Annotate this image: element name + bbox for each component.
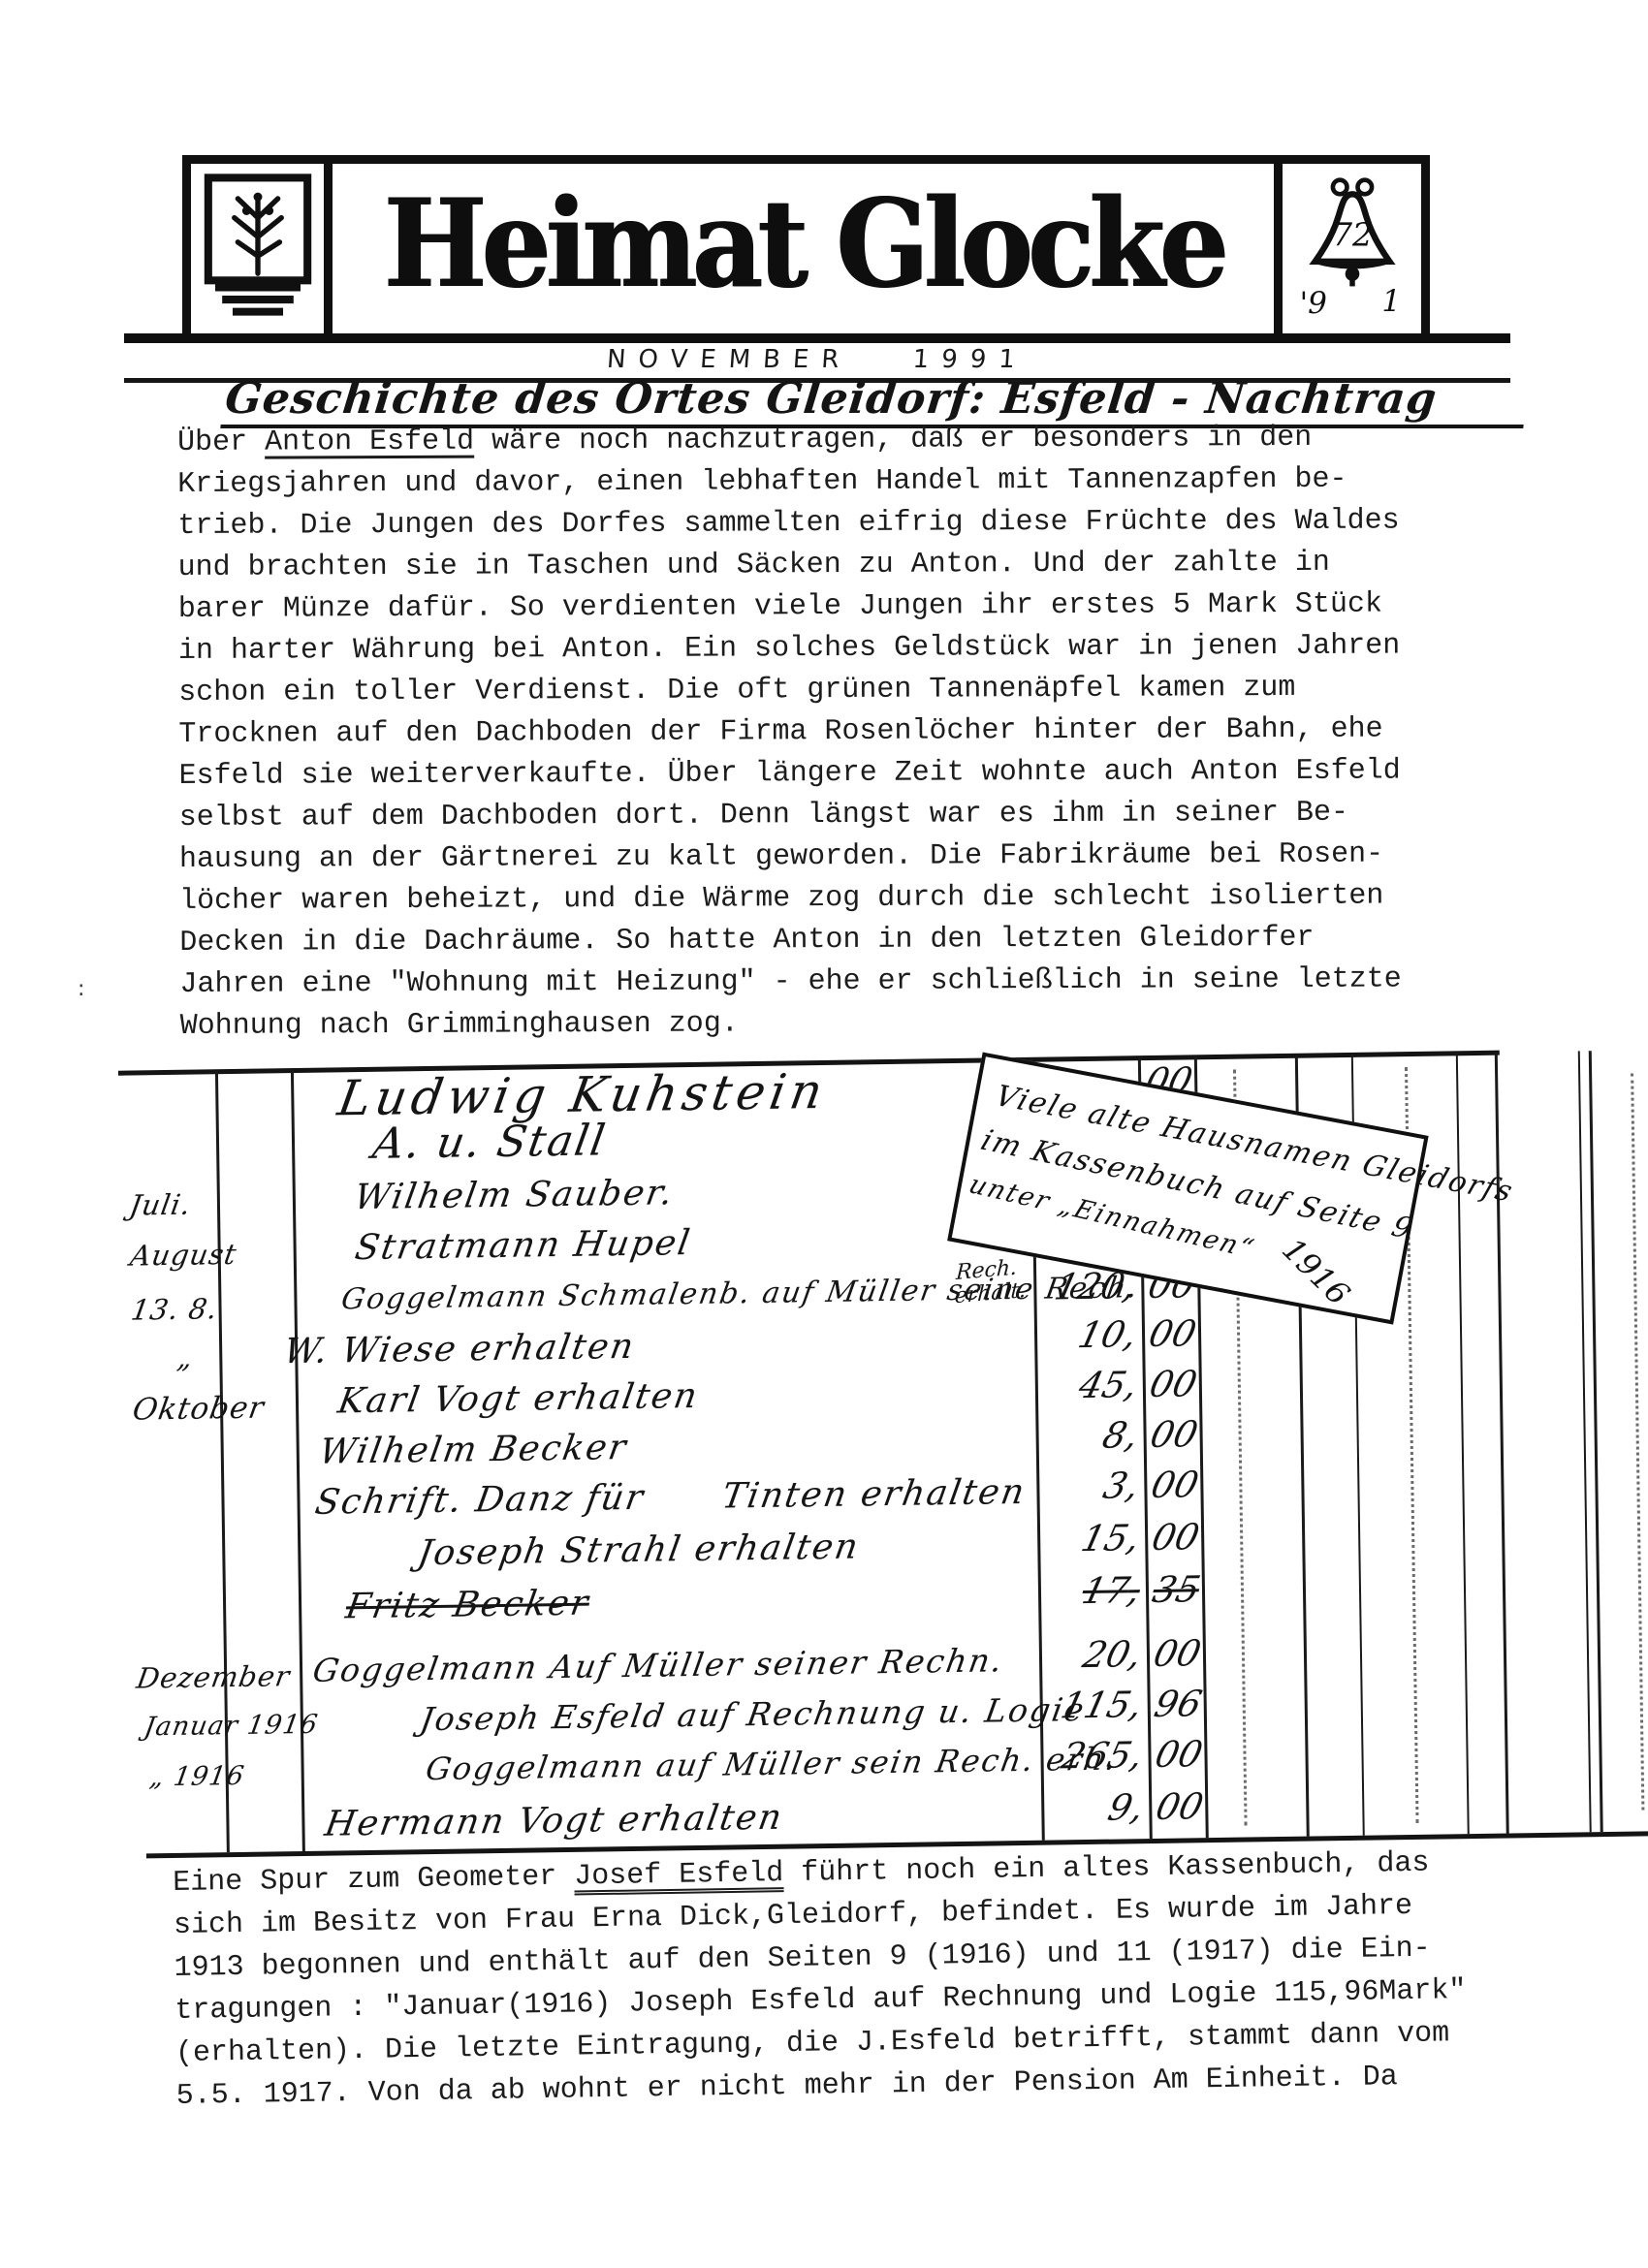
ledger-amount-pfennig: 00	[1151, 1733, 1219, 1776]
text-line: selbst auf dem Dachboden dort. Denn läng…	[179, 796, 1401, 842]
masthead-title: Heimat Glocke	[333, 154, 1274, 344]
underlined-name: Josef Esfeld	[574, 1857, 784, 1893]
ledger-entry-text: A. u. Stall	[369, 1116, 610, 1169]
ledger-date: Dezember	[134, 1659, 292, 1694]
text-line: hausung an der Gärtnerei zu kalt geworde…	[179, 837, 1401, 884]
ledger-amount-pfennig: 00	[1152, 1785, 1220, 1828]
text-line: trieb. Die Jungen des Dorfes sammelten e…	[177, 505, 1399, 551]
bell-year-left: '9	[1299, 285, 1326, 320]
ledger-amount-mark: 265	[1029, 1734, 1147, 1778]
ledger-amount-mark: 115	[1029, 1684, 1147, 1727]
ledger-entry-text: Wilhelm Becker	[316, 1428, 630, 1472]
bell-number: 72	[1332, 215, 1373, 253]
ledger-amount-mark: 45	[1024, 1364, 1142, 1407]
text-line: Esfeld sie weiterverkaufte. Über längere…	[179, 754, 1401, 801]
ledger-amount-pfennig: 35	[1149, 1568, 1217, 1611]
ledger-amount-pfennig: 00	[1146, 1363, 1214, 1405]
text-line: und brachten sie in Taschen und Säcken z…	[178, 547, 1400, 593]
ledger-date: Oktober	[130, 1391, 267, 1428]
underlined-name: Anton Esfeld	[265, 425, 474, 459]
text-line: Jahren eine "Wohnung mit Heizung" - ehe …	[179, 962, 1401, 1009]
text-line: löcher waren beheizt, und die Wärme zog …	[179, 879, 1401, 926]
ledger-amount-pfennig: 00	[1150, 1632, 1218, 1675]
ledger-entry-text: Goggelmann Auf Müller seiner Rechn.	[310, 1641, 1006, 1689]
ledger-date: „ 1916	[147, 1761, 246, 1793]
ledger-amount-pfennig: 00	[1147, 1464, 1215, 1506]
article-bottom: Eine Spur zum Geometer Josef Esfeld führ…	[173, 1846, 1468, 2123]
bell-icon: 72 '9 1	[1274, 164, 1421, 333]
ledger-date: Januar 1916	[142, 1710, 320, 1743]
ledger-entry-text: Joseph Strahl erhalten	[415, 1527, 863, 1573]
ledger-entry-text: Stratmann Hupel	[352, 1223, 694, 1268]
date-band-label: NOVEMBER 1991	[606, 343, 1029, 376]
ledger-entry-text: W. Wiese erhalten	[281, 1327, 638, 1371]
ledger-date: 13. 8.	[129, 1292, 220, 1326]
scanned-newsletter-page: Heimat Glocke 72 '9 1 NOVEMBER 1991 Gesc…	[0, 0, 1648, 2268]
ledger-amount-mark: 10	[1023, 1313, 1141, 1357]
ledger-entry-text: Fritz Becker	[343, 1584, 592, 1627]
tree-crest-icon	[191, 164, 333, 333]
scan-speck: :	[78, 977, 84, 1001]
ledger-amount-mark: 8	[1025, 1414, 1143, 1458]
ledger-entry-text: Karl Vogt erhalten	[335, 1376, 702, 1422]
ledger-amount-pfennig: 00	[1148, 1516, 1216, 1559]
ledger-amount-mark: 9	[1030, 1786, 1148, 1830]
ledger-date: August	[128, 1238, 239, 1273]
article-top: Über Anton Esfeld wäre noch nachzutragen…	[177, 422, 1402, 1052]
bell-year-right: 1	[1381, 284, 1401, 319]
ledger-entry-text: Wilhelm Sauber.	[352, 1173, 678, 1217]
ledger-amount-mark: 3	[1025, 1465, 1143, 1508]
ledger-amount-mark: 15	[1026, 1517, 1144, 1560]
ledger-date: „	[175, 1341, 197, 1374]
ledger-amount-mark: 17	[1027, 1569, 1145, 1613]
ledger-amount-pfennig: 96	[1151, 1683, 1219, 1725]
text-line: schon ein toller Verdienst. Die oft grün…	[178, 671, 1400, 717]
ledger-date: Juli.	[127, 1188, 194, 1222]
text-line: in harter Währung bei Anton. Ein solches…	[178, 629, 1400, 676]
text-line: Trocknen auf den Dachboden der Firma Ros…	[178, 712, 1400, 759]
cashbook-ledger: Ludwig Kuhstein00A. u. StallJuli.Wilhelm…	[0, 1034, 1648, 1892]
ledger-amount-mark: 20	[1028, 1633, 1146, 1677]
text-line: Über Anton Esfeld wäre noch nachzutragen…	[177, 422, 1399, 468]
ledger-amount-pfennig: 00	[1145, 1312, 1213, 1355]
text-line: Kriegsjahren und davor, einen lebhaften …	[177, 463, 1399, 510]
text-line: barer Münze dafür. So verdienten viele J…	[178, 587, 1400, 634]
ledger-amount-pfennig: 00	[1147, 1413, 1215, 1456]
text-line: Decken in die Dachräume. So hatte Anton …	[179, 921, 1401, 967]
ledger-entry-text: Hermann Vogt erhalten	[322, 1798, 786, 1844]
masthead: Heimat Glocke 72 '9 1	[182, 155, 1430, 333]
